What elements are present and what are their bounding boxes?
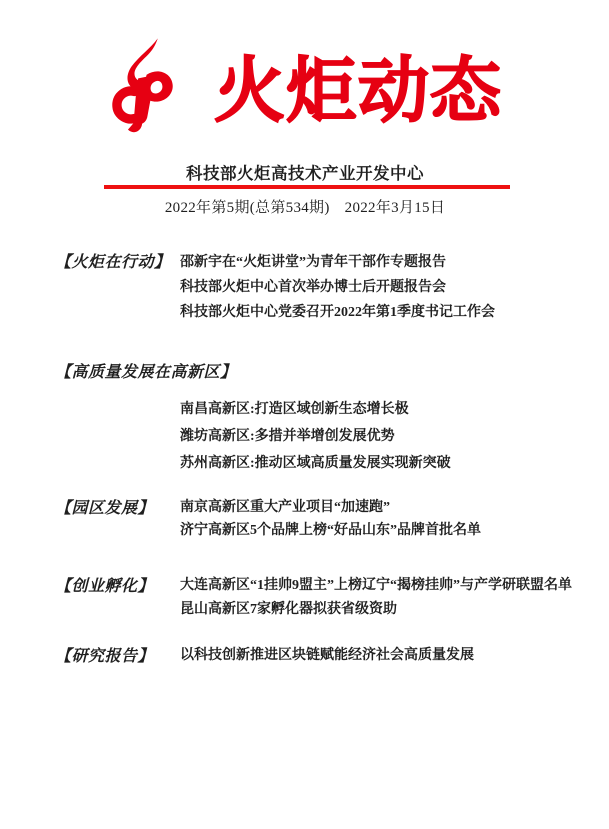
toc-item: 潍坊高新区:多措并举增创发展优势 xyxy=(180,423,609,450)
section-research-report: 【研究报告】 以科技创新推进区块链赋能经济社会高质量发展 xyxy=(0,644,609,667)
toc-item: 邵新宇在“火炬讲堂”为青年干部作专题报告 xyxy=(180,250,609,275)
section-items: 邵新宇在“火炬讲堂”为青年干部作专题报告科技部火炬中心首次举办博士后开题报告会科… xyxy=(180,250,609,325)
section-label: 【研究报告】 xyxy=(55,644,154,669)
divider-rule xyxy=(104,185,510,189)
issue-date: 2022年3月15日 xyxy=(345,200,446,216)
section-label: 【园区发展】 xyxy=(55,496,154,521)
toc-item: 南昌高新区:打造区域创新生态增长极 xyxy=(180,396,609,423)
section-items: 以科技创新推进区块链赋能经济社会高质量发展 xyxy=(180,644,609,667)
section-label: 【火炬在行动】 xyxy=(55,250,171,275)
section-items: 南昌高新区:打造区域创新生态增长极潍坊高新区:多措并举增创发展优势苏州高新区:推… xyxy=(180,360,609,477)
toc-item: 昆山高新区7家孵化器拟获省级资助 xyxy=(180,598,609,622)
section-high-quality-development: 【高质量发展在高新区】 南昌高新区:打造区域创新生态增长极潍坊高新区:多措并举增… xyxy=(0,360,609,477)
toc-item: 南京高新区重大产业项目“加速跑” xyxy=(180,496,609,519)
section-items: 南京高新区重大产业项目“加速跑”济宁高新区5个品牌上榜“好品山东”品牌首批名单 xyxy=(180,496,609,542)
section-park-development: 【园区发展】 南京高新区重大产业项目“加速跑”济宁高新区5个品牌上榜“好品山东”… xyxy=(0,496,609,542)
toc-item: 科技部火炬中心党委召开2022年第1季度书记工作会 xyxy=(180,300,609,325)
masthead-title: 火炬动态 xyxy=(214,52,502,130)
section-label: 【高质量发展在高新区】 xyxy=(55,360,237,385)
toc-item: 以科技创新推进区块链赋能经济社会高质量发展 xyxy=(180,644,609,667)
toc-item: 科技部火炬中心首次举办博士后开题报告会 xyxy=(180,275,609,300)
section-items: 大连高新区“1挂帅9盟主”上榜辽宁“揭榜挂帅”与产学研联盟名单昆山高新区7家孵化… xyxy=(180,574,609,622)
newsletter-cover-page: 火炬动态 科技部火炬高技术产业开发中心 2022年第5期(总第534期)2022… xyxy=(0,0,609,829)
toc-item: 济宁高新区5个品牌上榜“好品山东”品牌首批名单 xyxy=(180,519,609,542)
organization-name: 科技部火炬高技术产业开发中心 xyxy=(102,160,508,184)
section-label: 【创业孵化】 xyxy=(55,574,154,599)
section-torch-in-action: 【火炬在行动】 邵新宇在“火炬讲堂”为青年干部作专题报告科技部火炬中心首次举办博… xyxy=(0,250,609,325)
torch-flame-icon xyxy=(100,36,182,146)
section-startup-incubation: 【创业孵化】 大连高新区“1挂帅9盟主”上榜辽宁“揭榜挂帅”与产学研联盟名单昆山… xyxy=(0,574,609,622)
issue-info: 2022年第5期(总第534期)2022年3月15日 xyxy=(102,196,508,217)
toc-item: 苏州高新区:推动区域高质量发展实现新突破 xyxy=(180,450,609,477)
toc-item: 大连高新区“1挂帅9盟主”上榜辽宁“揭榜挂帅”与产学研联盟名单 xyxy=(180,574,609,598)
issue-number: 2022年第5期(总第534期) xyxy=(165,200,330,216)
